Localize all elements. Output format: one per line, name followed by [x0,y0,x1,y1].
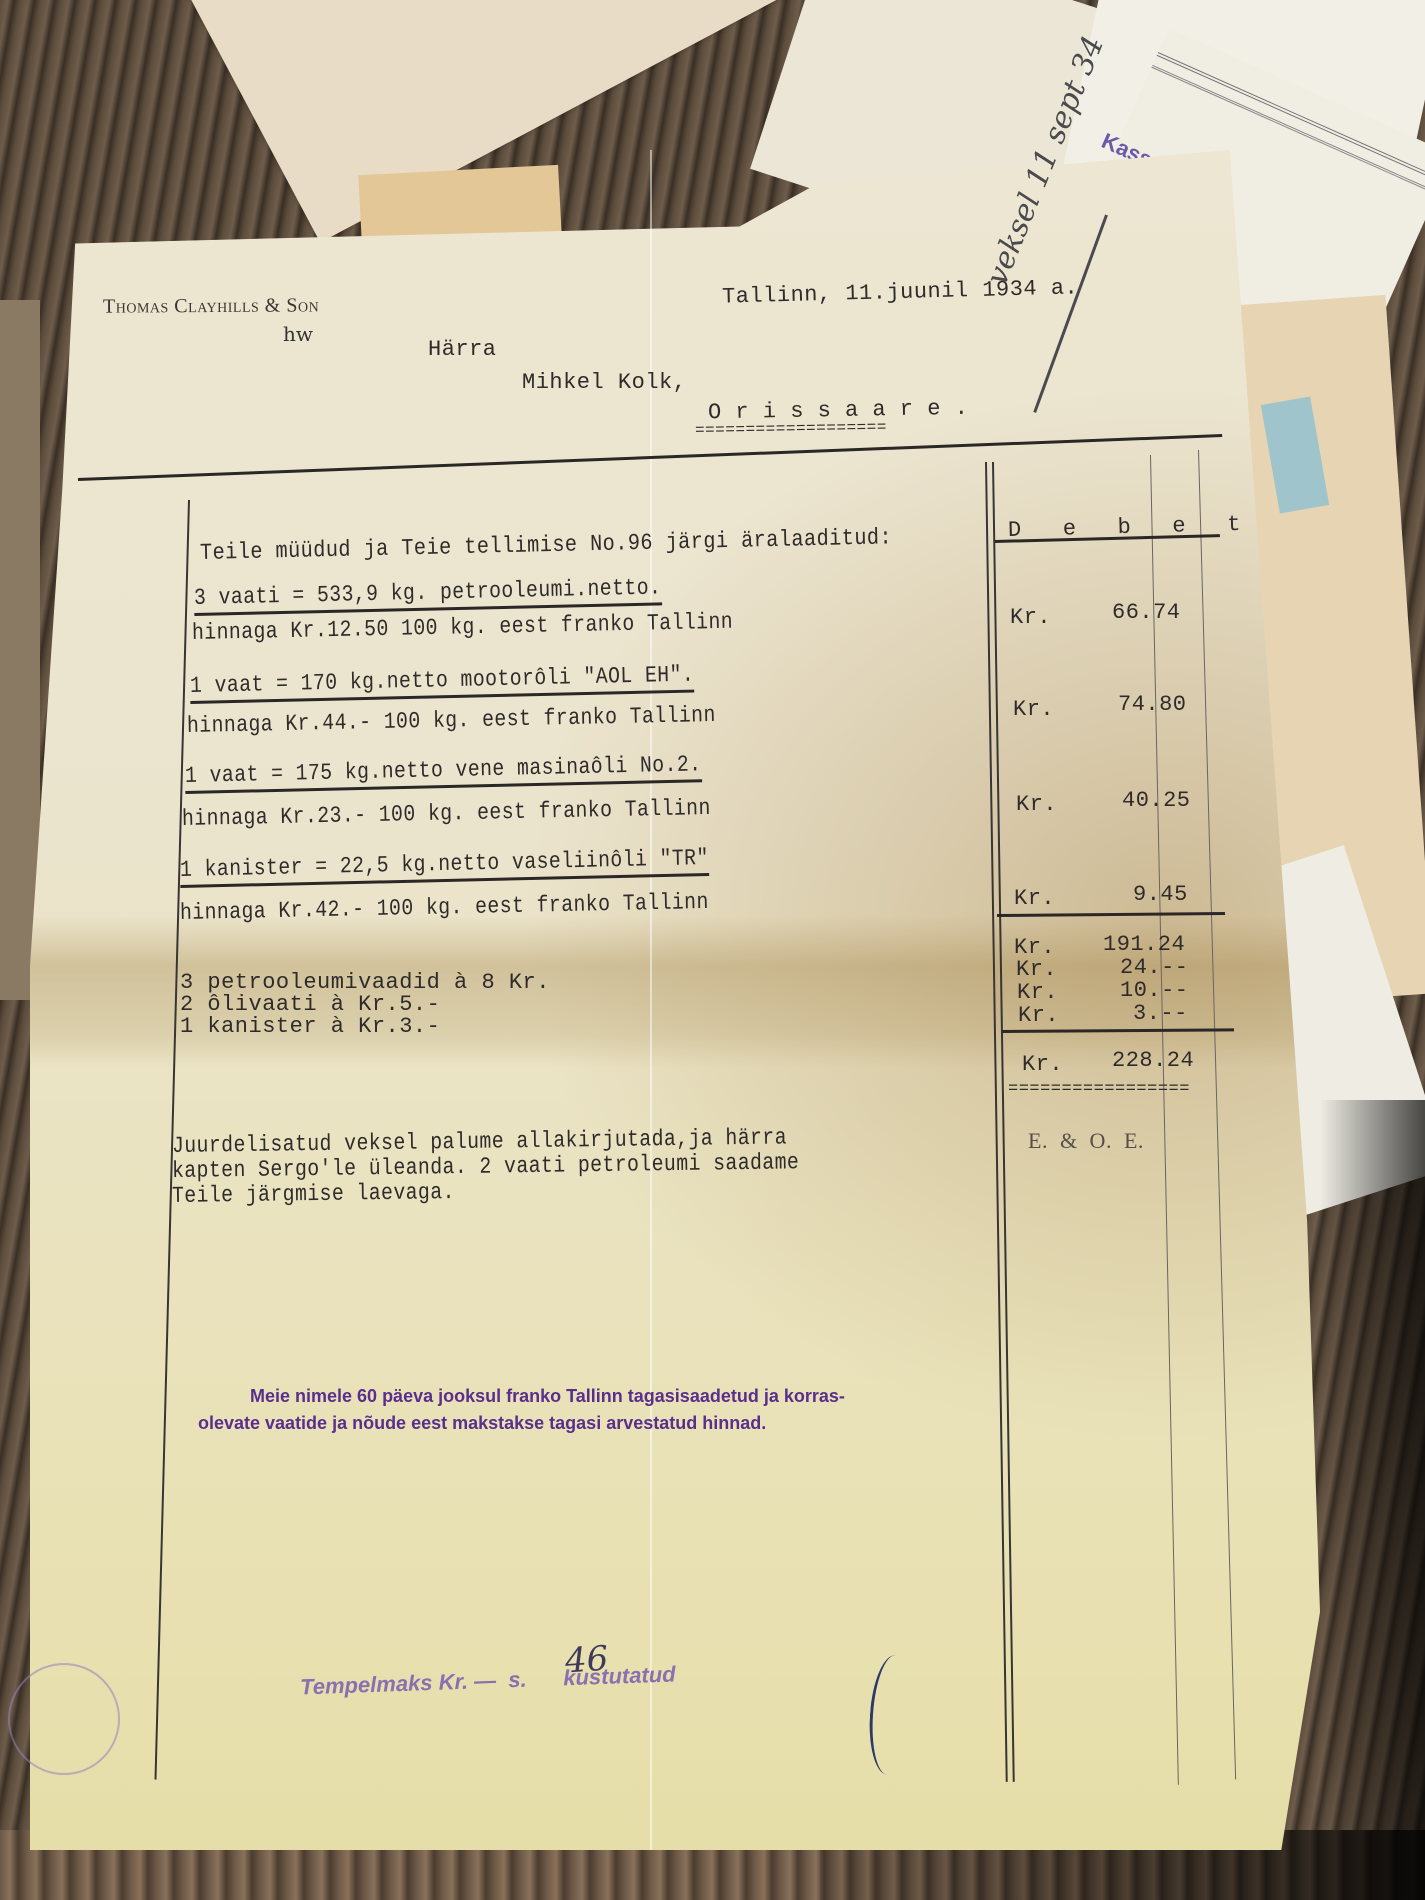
stamp-duty-amount: 46 [564,1639,610,1682]
circular-stamp [8,1663,120,1775]
container-currency: Kr. [1016,957,1057,982]
message-line: Teile järgmise laevaga. [172,1179,455,1209]
item-amount: 40.25 [1122,788,1191,813]
company-letterhead: Thomas Clayhills & Son [103,294,319,318]
errors-omissions-excepted: E. & O. E. [1028,1128,1144,1154]
container-amount: 10.-- [1120,978,1189,1003]
total-amount: 228.24 [1112,1048,1194,1073]
printed-notice-line: olevate vaatide ja nõude eest makstakse … [198,1413,766,1434]
total-currency: Kr. [1022,1052,1063,1077]
item-currency: Kr. [1013,697,1054,722]
item-currency: Kr. [1010,605,1051,630]
total-double-underline: ================= [1008,1080,1190,1099]
container-amount: 24.-- [1120,955,1189,980]
background-paper [0,300,40,1000]
recipient-name: Mihkel Kolk, [522,370,686,395]
item-amount: 66.74 [1112,600,1181,625]
printed-notice-line: Meie nimele 60 päeva jooksul franko Tall… [250,1386,845,1407]
subtotal-amount: 191.24 [1103,932,1185,957]
item-amount: 74.80 [1118,692,1187,717]
item-currency: Kr. [1016,792,1057,817]
item-currency: Kr. [1014,886,1055,911]
recipient-underline: =================== [695,418,887,439]
shadow [1320,1100,1425,1900]
item-amount: 9.45 [1133,882,1188,907]
container-currency: Kr. [1017,980,1058,1005]
container-currency: Kr. [1018,1003,1059,1028]
salutation: Härra [428,337,497,362]
paper-fold [650,150,652,1850]
container-line: 1 kanister à Kr.3.- [180,1014,440,1039]
container-amount: 3.-- [1133,1001,1188,1026]
typist-initials: hw [283,322,313,346]
